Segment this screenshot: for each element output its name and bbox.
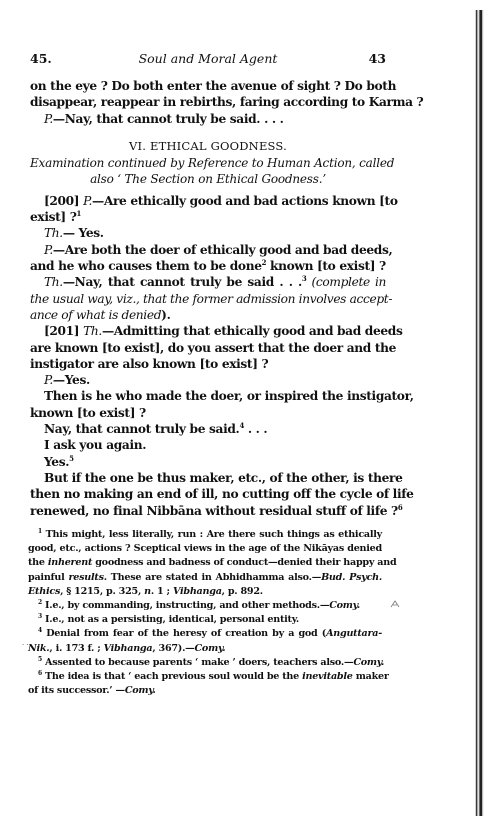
footnote-5: 5 Assented to because parents ‘ make ’ d…: [28, 656, 382, 670]
text-line: P.—Yes.: [30, 372, 386, 388]
paragraph-number: [200]: [44, 194, 79, 208]
footnote-ref[interactable]: 6: [398, 503, 403, 512]
footnote-2: 2 I.e., by commanding, instructing, and …: [28, 599, 382, 613]
text-line: I ask you again.: [30, 437, 386, 453]
footnote-line: the inherent goodness and badness of con…: [28, 556, 382, 570]
text-line: are known [to exist], do you assert that…: [30, 340, 386, 356]
speaker-label: P.: [44, 373, 53, 387]
body-text: on the eye ? Do both enter the avenue of…: [30, 78, 386, 519]
text-line: But if the one be thus maker, etc., of t…: [30, 470, 386, 486]
section-subtitle: Examination continued by Reference to Hu…: [30, 155, 386, 187]
scan-artifact-caret-icon: [390, 600, 400, 608]
footnote-ref[interactable]: 1: [77, 209, 82, 218]
footnote-1: 1 This might, less literally, run : Are …: [28, 528, 382, 542]
book-binding-edge: [475, 10, 484, 816]
text-line: Nay, that cannot truly be said.4 . . .: [30, 421, 386, 437]
footnote-line: Nik., i. 173 f. ; Vibhanga, 367).—Comy.: [28, 642, 382, 656]
text-line: and he who causes them to be done2 known…: [30, 258, 386, 274]
text-line: Then is he who made the doer, or inspire…: [30, 388, 386, 404]
scan-artifact-dots: · ·: [22, 641, 29, 649]
text-line: disappear, reappear in rebirths, faring …: [30, 94, 386, 110]
text-line: Th.— Yes.: [30, 225, 386, 241]
section-heading: VI. ETHICAL GOODNESS.: [30, 137, 386, 155]
text-line: P.—Are both the doer of ethically good a…: [30, 242, 386, 258]
speaker-label: Th.: [44, 275, 63, 289]
running-title: Soul and Moral Agent: [30, 51, 386, 66]
text-line: exist] ?1: [30, 209, 386, 225]
text-line: Th.—Nay, that cannot truly be said . . .…: [30, 274, 386, 290]
footnote-line: Ethics, § 1215, p. 325, n. 1 ; Vibhanga,…: [28, 585, 382, 599]
text-line: renewed, no final Nibbāna without residu…: [30, 503, 386, 519]
text-line: Yes.5: [30, 454, 386, 470]
footnote-4: 4 Denial from fear of the heresy of crea…: [28, 627, 382, 641]
text-line: known [to exist] ?: [30, 405, 386, 421]
page-number: 43: [369, 51, 386, 66]
text-line: instigator are also known [to exist] ?: [30, 356, 386, 372]
paragraph-number: [201]: [44, 324, 79, 338]
speaker-label: Th.: [83, 324, 102, 338]
footnotes: 1 This might, less literally, run : Are …: [28, 528, 382, 698]
speaker-label: P.: [44, 243, 53, 257]
paragraph-201: [201] Th.—Admitting that ethically good …: [30, 323, 386, 339]
speaker-label: P.: [44, 112, 53, 126]
text-line: ance of what is denied).: [30, 307, 386, 323]
text-line: then no making an end of ill, no cutting…: [30, 486, 386, 502]
speaker-label: P.: [83, 194, 92, 208]
running-head: 45. Soul and Moral Agent 43: [30, 51, 386, 65]
paragraph-200: [200] P.—Are ethically good and bad acti…: [30, 193, 386, 209]
footnote-6: 6 The idea is that ‘ each previous soul …: [28, 670, 382, 684]
text-line: the usual way, viz., that the former adm…: [30, 291, 386, 307]
book-page: 45. Soul and Moral Agent 43 on the eye ?…: [0, 0, 484, 816]
footnote-3: 3 I.e., not as a persisting, identical, …: [28, 613, 382, 627]
footnote-ref[interactable]: 5: [69, 454, 74, 463]
text-line: P.—Nay, that cannot truly be said. . . .: [30, 111, 386, 127]
footnote-line: of its successor.’ —Comy.: [28, 684, 382, 698]
speaker-label: Th.: [44, 226, 63, 240]
footnote-line: painful results. These are stated in Abh…: [28, 571, 382, 585]
text-line: on the eye ? Do both enter the avenue of…: [30, 78, 386, 94]
footnote-line: good, etc., actions ? Sceptical views in…: [28, 542, 382, 556]
